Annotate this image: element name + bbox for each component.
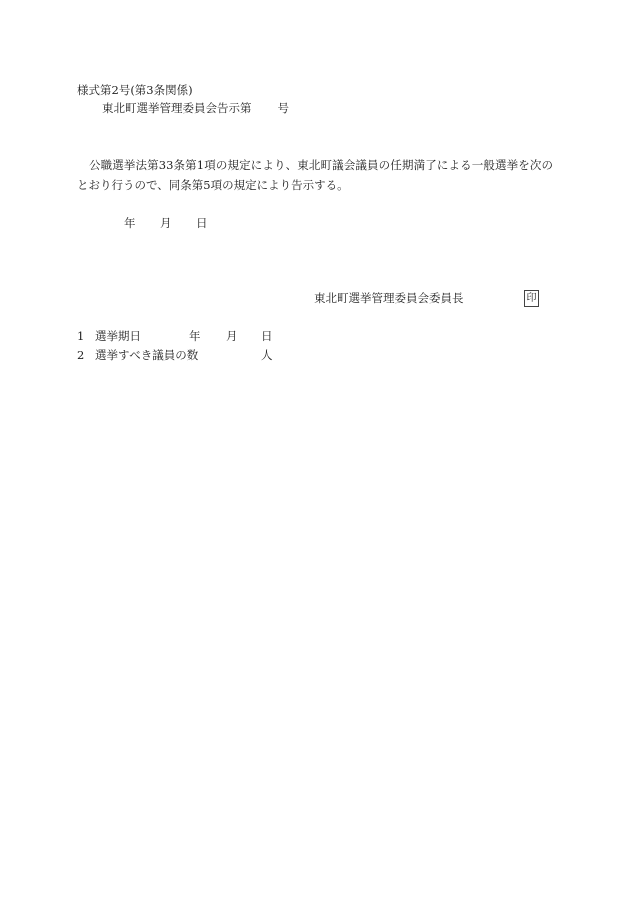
- notice-number-prefix: 東北町選挙管理委員会告示第: [102, 101, 252, 115]
- item-1-day-unit: 日: [261, 328, 273, 344]
- item-2-number: 2: [77, 347, 84, 363]
- notice-number-suffix: 号: [278, 101, 290, 115]
- item-2-label: 選挙すべき議員の数: [95, 347, 198, 363]
- notice-number: 東北町選挙管理委員会告示第号: [102, 100, 289, 116]
- date-day-unit: 日: [196, 215, 208, 231]
- form-number: 様式第2号(第3条関係): [77, 82, 193, 98]
- date-year-unit: 年: [124, 215, 136, 231]
- item-1-year-unit: 年: [189, 328, 201, 344]
- signer-title: 東北町選挙管理委員会委員長: [314, 290, 464, 306]
- item-1-month-unit: 月: [226, 328, 238, 344]
- date-month-unit: 月: [160, 215, 172, 231]
- seal-icon: 印: [524, 290, 539, 307]
- item-1-number: 1: [77, 328, 84, 344]
- item-2-count-unit: 人: [261, 347, 273, 363]
- body-paragraph: 公職選挙法第33条第1項の規定により、東北町議会議員の任期満了による一般選挙を次…: [77, 155, 553, 195]
- item-1-label: 選挙期日: [95, 328, 141, 344]
